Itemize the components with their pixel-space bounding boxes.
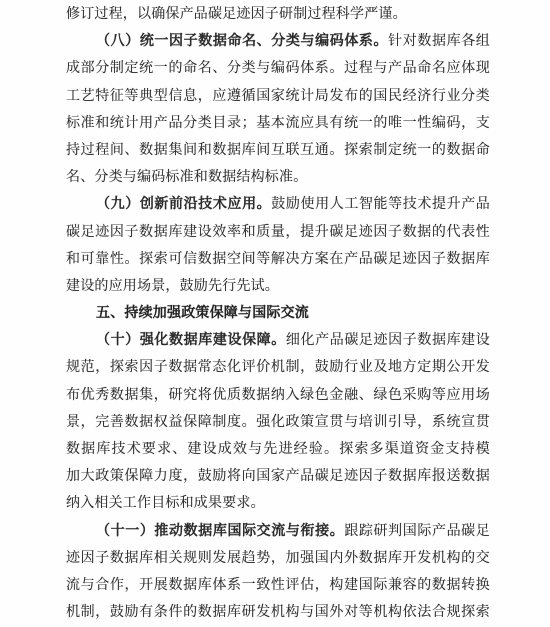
text-run: 布优秀数据集，研究将优质数据纳入绿色金融、绿色采购等应用场 bbox=[66, 388, 490, 403]
text-run: 跟踪研判国际产品碳足 bbox=[344, 524, 490, 539]
text-run: 持过程间、数据集间和数据库间互联互通。探索制定统一的数据命 bbox=[66, 143, 490, 158]
text-line: 迹因子数据库相关规则发展趋势，加强国内外数据库开发机构的交 bbox=[66, 545, 490, 572]
text-line: 碳足迹因子数据库建设效率和质量，提升碳足迹因子数据的代表性 bbox=[66, 219, 490, 246]
text-line: 工艺特征等典型信息，应遵循国家统计局发布的国民经济行业分类 bbox=[66, 83, 490, 110]
text-line: 机制，鼓励有条件的数据库研发机构与国外对等机构依法合规探索 bbox=[66, 599, 490, 626]
text-line: 流与合作，开展数据库体系一致性评估，构建国际兼容的数据转换 bbox=[66, 572, 490, 599]
text-line: 和可靠性。探索可信数据空间等解决方案在产品碳足迹因子数据库 bbox=[66, 246, 490, 273]
bold-text-run: 五、持续加强政策保障与国际交流 bbox=[96, 306, 309, 321]
text-run: 修订过程，以确保产品碳足迹因子研制过程科学严谨。 bbox=[66, 7, 407, 22]
text-run: 鼓励使用人工智能等技术提升产品 bbox=[271, 197, 490, 212]
bold-text-run: （八）统一因子数据命名、分类与编码体系。 bbox=[96, 34, 388, 49]
text-run: 成部分制定统一的命名、分类与编码体系。过程与产品命名应体现 bbox=[66, 61, 490, 76]
text-run: 流与合作，开展数据库体系一致性评估，构建国际兼容的数据转换 bbox=[66, 578, 490, 593]
text-line: 名、分类与编码标准和数据结构标准。 bbox=[66, 164, 490, 191]
bold-text-run: （九）创新前沿技术应用。 bbox=[96, 197, 271, 212]
section-heading: 五、持续加强政策保障与国际交流 bbox=[66, 300, 490, 327]
text-run: 景，完善数据权益保障制度。强化政策宣贯与培训引导，系统宣贯 bbox=[66, 415, 490, 430]
text-line: 景，完善数据权益保障制度。强化政策宣贯与培训引导，系统宣贯 bbox=[66, 409, 490, 436]
text-line: 修订过程，以确保产品碳足迹因子研制过程科学严谨。 bbox=[66, 1, 490, 28]
text-run: 工艺特征等典型信息，应遵循国家统计局发布的国民经济行业分类 bbox=[66, 89, 490, 104]
text-line: 布优秀数据集，研究将优质数据纳入绿色金融、绿色采购等应用场 bbox=[66, 382, 490, 409]
text-run: 加大政策保障力度，鼓励将向国家产品碳足迹因子数据库报送数据 bbox=[66, 469, 490, 484]
document-page: 修订过程，以确保产品碳足迹因子研制过程科学严谨。（八）统一因子数据命名、分类与编… bbox=[0, 0, 550, 627]
text-line: 数据库技术要求、建设成效与先进经验。探索多渠道资金支持模式、 bbox=[66, 436, 490, 463]
text-run: 针对数据库各组 bbox=[388, 34, 490, 49]
text-line: （十一）推动数据库国际交流与衔接。跟踪研判国际产品碳足 bbox=[66, 518, 490, 545]
text-line: 加大政策保障力度，鼓励将向国家产品碳足迹因子数据库报送数据 bbox=[66, 463, 490, 490]
text-line: 纳入相关工作目标和成果要求。 bbox=[66, 490, 490, 517]
text-line: 成部分制定统一的命名、分类与编码体系。过程与产品命名应体现 bbox=[66, 55, 490, 82]
text-run: 和可靠性。探索可信数据空间等解决方案在产品碳足迹因子数据库 bbox=[66, 252, 490, 267]
bold-text-run: （十）强化数据库建设保障。 bbox=[96, 333, 286, 348]
text-lines: 修订过程，以确保产品碳足迹因子研制过程科学严谨。（八）统一因子数据命名、分类与编… bbox=[66, 1, 490, 626]
text-run: 纳入相关工作目标和成果要求。 bbox=[66, 496, 265, 511]
text-line: 标准和统计用产品分类目录；基本流应具有统一的唯一性编码，支 bbox=[66, 110, 490, 137]
text-line: 建设的应用场景，鼓励先行先试。 bbox=[66, 273, 490, 300]
text-run: 建设的应用场景，鼓励先行先试。 bbox=[66, 279, 279, 294]
bold-text-run: （十一）推动数据库国际交流与衔接。 bbox=[96, 524, 344, 539]
text-line: 规范，探索因子数据常态化评价机制，鼓励行业及地方定期公开发 bbox=[66, 354, 490, 381]
text-run: 规范，探索因子数据常态化评价机制，鼓励行业及地方定期公开发 bbox=[66, 360, 490, 375]
text-run: 标准和统计用产品分类目录；基本流应具有统一的唯一性编码，支 bbox=[66, 116, 490, 131]
text-run: 数据库技术要求、建设成效与先进经验。探索多渠道资金支持模式、 bbox=[66, 442, 490, 463]
text-line: （十）强化数据库建设保障。细化产品碳足迹因子数据库建设 bbox=[66, 327, 490, 354]
text-run: 碳足迹因子数据库建设效率和质量，提升碳足迹因子数据的代表性 bbox=[66, 225, 490, 240]
text-run: 细化产品碳足迹因子数据库建设 bbox=[286, 333, 490, 348]
text-line: 持过程间、数据集间和数据库间互联互通。探索制定统一的数据命 bbox=[66, 137, 490, 164]
text-run: 名、分类与编码标准和数据结构标准。 bbox=[66, 170, 307, 185]
text-run: 机制，鼓励有条件的数据库研发机构与国外对等机构依法合规探索 bbox=[66, 605, 490, 620]
text-run: 迹因子数据库相关规则发展趋势，加强国内外数据库开发机构的交 bbox=[66, 551, 490, 566]
text-line: （九）创新前沿技术应用。鼓励使用人工智能等技术提升产品 bbox=[66, 191, 490, 218]
text-line: （八）统一因子数据命名、分类与编码体系。针对数据库各组 bbox=[66, 28, 490, 55]
